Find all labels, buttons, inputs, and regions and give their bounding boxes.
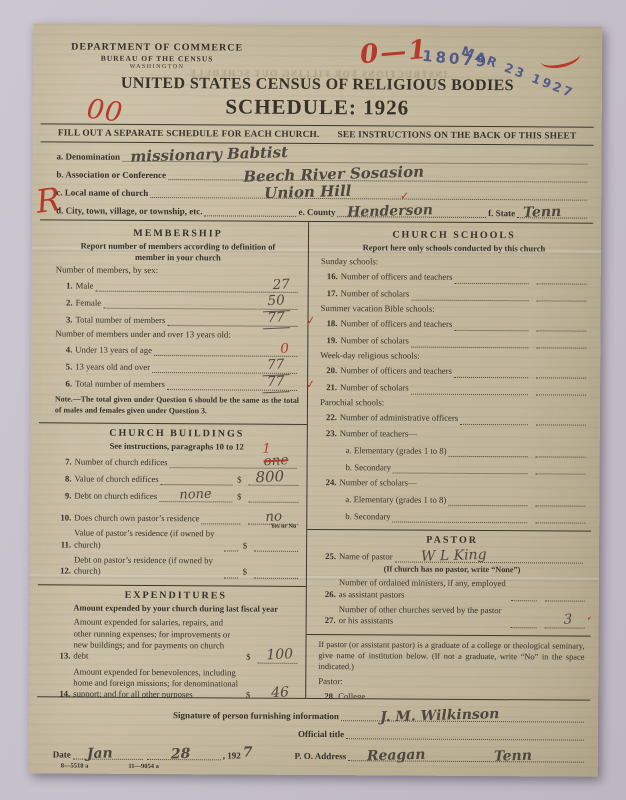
q23a-dotted-line xyxy=(448,444,527,457)
date-day-handwritten: 28 xyxy=(171,746,191,763)
church-name-value-handwritten: Union Hill xyxy=(264,182,352,203)
photo-background: INSTRUCTIONS FOR FILLING OUT SCHEDULE DE… xyxy=(0,0,626,800)
q22-number: 22. xyxy=(320,412,337,423)
field-church-name: c. Local name of church Union Hill xyxy=(56,179,589,200)
red-check-icon: ✓ xyxy=(305,378,316,393)
q26-label: Number of ordained ministers, if any, em… xyxy=(339,577,509,601)
summer-bible-schools-group: Summer vacation Bible schools: xyxy=(321,303,587,315)
q16-dotted-line xyxy=(454,270,528,283)
q23a-label: a. Elementary (grades 1 to 8) xyxy=(346,445,447,457)
q10-answer-box: no Yes or No xyxy=(248,512,298,525)
form-code-1: 8—5518 a xyxy=(61,762,89,769)
q1-number: 1. xyxy=(56,280,73,291)
q6-answer-handwritten: 77 xyxy=(262,373,290,393)
q2-row: 2. Female 50 xyxy=(56,296,300,310)
left-column: MEMBERSHIP Report number of members acco… xyxy=(37,220,308,698)
q21-row: ✓ 21. Number of scholars xyxy=(320,381,586,396)
q24-row: 24. Number of scholars— xyxy=(319,477,585,490)
q16-label: Number of officers and teachers xyxy=(341,271,453,283)
sunday-schools-group: Sunday schools: xyxy=(321,256,587,268)
q13-row: 13. Amount expended for salaries, repair… xyxy=(53,617,297,664)
q27-label: Number of other churches served by the p… xyxy=(339,604,509,628)
q28-dotted-line xyxy=(367,690,582,701)
section-divider xyxy=(38,584,306,587)
q27-number: 27. xyxy=(319,615,336,626)
q20-row: 20. Number of officers and teachers xyxy=(320,364,586,379)
q23a-answer-box xyxy=(536,444,586,457)
q3-answer-handwritten: 77 xyxy=(262,309,290,329)
q21-dotted-line xyxy=(411,381,529,395)
official-title-label: Official title xyxy=(298,729,344,739)
q19-number: 19. xyxy=(320,335,337,346)
q25-row: 25. Name of pastor W L King xyxy=(319,549,585,564)
q9-label: Debt on church edifices xyxy=(74,491,157,503)
q26-number: 26. xyxy=(319,589,336,600)
signature-line: J. M. Wilkinson xyxy=(341,708,584,722)
q11-number: 11. xyxy=(54,539,71,550)
q21-answer-box xyxy=(536,382,586,395)
graduate-pastor-group: Pastor: xyxy=(318,676,584,688)
q25-dotted-line: W L King xyxy=(395,550,584,564)
q4-label: Under 13 years of age xyxy=(75,344,152,356)
q6-row: 6. Total number of members 77 xyxy=(55,377,299,391)
q26-answer-box xyxy=(545,588,585,601)
form-code-2: 11—9054 a xyxy=(128,763,159,770)
q27-dotted-line xyxy=(511,615,537,628)
q8-answer-handwritten: 800 xyxy=(255,467,285,488)
identification-section: a. Denomination missionary Babtist b. As… xyxy=(56,143,589,218)
q14-answer-box: 46 xyxy=(257,688,297,701)
q17-dotted-line xyxy=(411,287,529,301)
q9-row: 9. Debt on church edifices none $ xyxy=(54,489,298,503)
agency-block: DEPARTMENT OF COMMERCE BUREAU OF THE CEN… xyxy=(71,41,243,73)
q28-row: 28. College xyxy=(318,690,584,701)
q2-number: 2. xyxy=(56,297,73,308)
census-form-paper: INSTRUCTIONS FOR FILLING OUT SCHEDULE DE… xyxy=(29,23,603,776)
q27-answer-handwritten: 3 xyxy=(564,611,573,629)
q26-row: 26. Number of ordained ministers, if any… xyxy=(319,577,585,601)
q23b-answer-box xyxy=(536,461,586,474)
q10-dotted-line xyxy=(202,512,241,525)
membership-group-sex: Number of members, by sex: xyxy=(56,265,300,276)
church-schools-heading: CHURCH SCHOOLS xyxy=(321,229,587,242)
q17-label: Number of scholars xyxy=(341,288,410,300)
signature-handwritten: J. M. Wilkinson xyxy=(380,706,500,725)
place-line: WASHINGTON xyxy=(71,63,243,72)
q12-number: 12. xyxy=(54,566,71,577)
q13-answer-handwritten: 100 xyxy=(266,646,294,665)
q24a-answer-box xyxy=(535,494,585,507)
q26-dotted-line xyxy=(511,588,537,601)
q6-number: 6. xyxy=(55,378,72,389)
q22-label: Number of administrative officers xyxy=(340,412,458,424)
q4-row: 4. Under 13 years of age 0 xyxy=(55,343,299,357)
q8-answer-box: 800 xyxy=(248,473,298,486)
q23a-row: a. Elementary (grades 1 to 8) xyxy=(346,443,586,457)
membership-sub-line2: member in your church xyxy=(135,252,221,263)
q25-label: Name of pastor xyxy=(339,551,393,563)
q18-number: 18. xyxy=(320,318,337,329)
q9-dotted-line: none xyxy=(159,489,232,502)
q23-label: Number of teachers— xyxy=(340,428,417,440)
red-handwritten-code: 0—1 xyxy=(359,35,429,70)
form-title: UNITED STATES CENSUS OF RELIGIOUS BODIES xyxy=(33,74,602,95)
q6-label: Total number of members xyxy=(75,378,165,390)
q5-label: 13 years old and over xyxy=(75,361,150,373)
po-address-line: Reagan Tenn xyxy=(348,748,584,762)
city-line xyxy=(204,203,296,217)
q12-dollar-sign: $ xyxy=(243,567,247,578)
footer-section: Signature of person furnishing informati… xyxy=(53,701,586,772)
state-line: Tenn xyxy=(517,205,587,218)
q21-label: Number of scholars xyxy=(340,382,409,394)
q8-number: 8. xyxy=(54,474,71,485)
denomination-value-handwritten: missionary Babtist xyxy=(130,143,288,166)
field-denomination: a. Denomination missionary Babtist xyxy=(56,143,589,164)
q1-dotted-line: 27 xyxy=(96,279,298,293)
church-buildings-heading: CHURCH BUILDINGS xyxy=(55,427,299,439)
q3-label: Total number of members xyxy=(75,314,165,326)
church-name-line: Union Hill xyxy=(150,185,587,201)
red-check-icon: ✓ xyxy=(306,314,317,329)
q6-dotted-line: 77 xyxy=(167,377,297,391)
q10-row: 10. Does church own pastor’s residence n… xyxy=(54,511,298,525)
q24-number: 24. xyxy=(319,477,336,488)
q8-dollar-sign: $ xyxy=(237,475,241,486)
q14-dollar-sign: $ xyxy=(246,690,250,701)
church-name-label: c. Local name of church xyxy=(56,187,148,198)
po-address-town-handwritten: Reagan xyxy=(367,747,426,765)
q16-number: 16. xyxy=(321,271,338,282)
q19-dotted-line xyxy=(411,334,529,348)
q8-row: 8. Value of church edifices $ 800 xyxy=(54,472,298,486)
q14-number: 14. xyxy=(53,689,70,700)
q9-dollar-sign: $ xyxy=(237,492,241,503)
form-body-columns: MEMBERSHIP Report number of members acco… xyxy=(37,219,593,700)
q23b-dotted-line xyxy=(393,460,528,474)
q11-row: 11. Value of pastor’s residence (if owne… xyxy=(54,528,298,552)
q10-label: Does church own pastor’s residence xyxy=(74,513,199,525)
q7-label: Number of church edifices xyxy=(75,457,168,469)
q17-answer-box xyxy=(537,288,587,301)
po-address-label: P. O. Address xyxy=(295,751,347,761)
q13-label: Amount expended for salaries, repairs, a… xyxy=(73,617,239,663)
q5-number: 5. xyxy=(55,361,72,372)
q23b-row: b. Secondary xyxy=(346,460,586,474)
q11-label: Value of pastor’s residence (if owned by… xyxy=(74,528,222,552)
date-year-printed: , 192 xyxy=(223,750,241,760)
q14-row: 14. Amount expended for benevolences, in… xyxy=(53,666,297,701)
q27-row: 27. Number of other churches served by t… xyxy=(319,604,585,628)
pastor-name-handwritten: W L King xyxy=(421,546,487,566)
q10-number: 10. xyxy=(54,513,71,524)
q5-row: 5. 13 years old and over 77 xyxy=(55,360,299,374)
q19-row: 19. Number of scholars xyxy=(320,334,586,349)
section-divider xyxy=(307,633,591,636)
denomination-line: missionary Babtist xyxy=(122,149,588,165)
date-month-handwritten: Jan xyxy=(87,745,113,762)
q22-dotted-line xyxy=(460,412,528,425)
section-divider xyxy=(307,529,591,532)
q11-dotted-line xyxy=(224,538,238,551)
q19-label: Number of scholars xyxy=(340,335,409,347)
q20-number: 20. xyxy=(320,365,337,376)
q20-answer-box xyxy=(536,365,586,378)
parochial-schools-group: Parochial schools: xyxy=(320,397,586,409)
q13-dollar-sign: $ xyxy=(246,652,250,663)
banner-left-text: FILL OUT A SEPARATE SCHEDULE FOR EACH CH… xyxy=(58,128,320,140)
q14-answer-handwritten: 46 xyxy=(271,684,290,701)
pastor-heading: PASTOR xyxy=(319,534,585,547)
q23-row: 23. Number of teachers— xyxy=(320,428,586,441)
q21-number: 21. xyxy=(320,382,337,393)
date-month-line: Jan xyxy=(73,747,143,760)
q19-answer-box xyxy=(536,335,586,348)
date-label: Date xyxy=(53,749,71,759)
q24b-row: b. Secondary xyxy=(345,509,585,523)
expenditures-subheading: Amount expended by your church during la… xyxy=(54,602,298,614)
association-label: b. Association or Conference xyxy=(56,169,166,180)
signature-label: Signature of person furnishing informati… xyxy=(173,710,339,721)
church-schools-subheading: Report here only schools conducted by th… xyxy=(321,242,587,254)
q18-dotted-line xyxy=(454,317,528,330)
q2-dotted-line: 50 xyxy=(103,296,297,310)
instruction-banner: FILL OUT A SEPARATE SCHEDULE FOR EACH CH… xyxy=(41,123,594,145)
membership-sub-line1: Report number of members according to de… xyxy=(81,241,276,252)
q27-answer-box: 3 ✓ xyxy=(545,615,585,628)
membership-subheading: Report number of members according to de… xyxy=(56,240,300,263)
q12-label: Debt on pastor’s residence (if owned by … xyxy=(74,555,222,579)
county-line: ✓ Henderson xyxy=(337,204,486,218)
expenditures-heading: EXPENDITURES xyxy=(54,589,298,601)
q3-dotted-line: 77 xyxy=(167,313,297,327)
city-label: d. City, town, village, or township, etc… xyxy=(56,205,202,216)
membership-heading: MEMBERSHIP xyxy=(56,227,300,239)
q14-label: Amount expended for benevolences, includ… xyxy=(73,666,239,701)
county-value-handwritten: Henderson xyxy=(347,202,433,220)
q12-answer-box xyxy=(254,565,298,578)
q4-dotted-line: 0 xyxy=(154,343,297,357)
q13-number: 13. xyxy=(53,651,70,662)
q12-row: 12. Debt on pastor’s residence (if owned… xyxy=(54,554,298,578)
date-year-handwritten: 7 xyxy=(243,744,253,760)
membership-group-age: Number of members under and over 13 year… xyxy=(55,329,299,340)
official-title-line xyxy=(346,726,584,740)
q8-label: Value of church edifices xyxy=(74,474,158,486)
q1-label: Male xyxy=(76,280,94,291)
q11-dollar-sign: $ xyxy=(243,540,247,551)
q1-row: 1. Male 27 xyxy=(56,279,300,293)
red-check-icon: ✓ xyxy=(400,190,409,203)
q8-dotted-line xyxy=(161,472,233,485)
banner-right-text: SEE INSTRUCTIONS ON THE BACK OF THIS SHE… xyxy=(337,130,576,141)
q9-number: 9. xyxy=(54,491,71,502)
q17-number: 17. xyxy=(321,288,338,299)
q3-number: 3. xyxy=(55,314,72,325)
q23-number: 23. xyxy=(320,428,337,439)
denomination-label: a. Denomination xyxy=(56,151,120,161)
state-value-handwritten: Tenn xyxy=(523,204,562,221)
q20-dotted-line xyxy=(454,364,528,377)
section-divider xyxy=(39,422,307,425)
q4-number: 4. xyxy=(55,344,72,355)
q2-label: Female xyxy=(76,297,102,308)
q24a-row: a. Elementary (grades 1 to 8) xyxy=(345,492,585,506)
q9-answer-handwritten: none xyxy=(179,486,212,504)
q24a-label: a. Elementary (grades 1 to 8) xyxy=(345,494,446,506)
q24b-dotted-line xyxy=(393,510,528,524)
right-column: CHURCH SCHOOLS Report here only schools … xyxy=(305,222,593,700)
q25-hint: (If church has no pastor, write “None”) xyxy=(319,564,585,575)
q18-answer-box xyxy=(536,318,586,331)
weekday-schools-group: Week-day religious schools: xyxy=(320,350,586,362)
state-label: f. State xyxy=(488,208,515,218)
q16-answer-box xyxy=(537,271,587,284)
q28-number: 28. xyxy=(318,691,335,700)
q5-dotted-line: 77 xyxy=(152,360,297,374)
q24a-dotted-line xyxy=(448,493,527,506)
q12-dotted-line xyxy=(224,565,238,578)
date-day-line: 28 xyxy=(147,747,221,760)
field-city-county-state: d. City, town, village, or township, etc… xyxy=(56,197,589,218)
po-address-state-handwritten: Tenn xyxy=(494,748,533,765)
q28-label: College xyxy=(338,691,365,700)
q22-answer-box xyxy=(536,412,586,425)
q16-row: 16. Number of officers and teachers xyxy=(321,270,587,285)
q22-row: 22. Number of administrative officers xyxy=(320,411,586,426)
q18-row: ✓ 18. Number of officers and teachers xyxy=(320,317,586,332)
membership-note: Note.—The total given under Question 6 s… xyxy=(55,395,299,417)
q23b-label: b. Secondary xyxy=(346,462,391,474)
q3-row: 3. Total number of members 77 xyxy=(55,313,299,327)
date-address-row: Date Jan 28 , 192 7 P. O. Address Reagan… xyxy=(53,737,586,762)
q24-label: Number of scholars— xyxy=(339,477,416,489)
q9-answer-box xyxy=(248,490,298,503)
q13-answer-box: 100 xyxy=(257,650,297,663)
department-line: DEPARTMENT OF COMMERCE xyxy=(71,41,243,55)
q25-number: 25. xyxy=(319,551,336,562)
q24b-label: b. Secondary xyxy=(345,511,390,523)
graduate-instructions: If pastor (or assistant pastor) is a gra… xyxy=(318,639,584,675)
red-check-icon: ✓ xyxy=(586,611,593,624)
q20-label: Number of officers and teachers xyxy=(340,365,452,377)
q11-answer-box xyxy=(254,539,298,552)
red-curve-mark-icon xyxy=(539,45,582,72)
q7-number: 7. xyxy=(55,457,72,468)
association-line: Beech River Sosasion xyxy=(168,167,587,183)
q17-row: 17. Number of scholars xyxy=(321,287,587,302)
q24b-answer-box xyxy=(535,511,585,524)
q18-label: Number of officers and teachers xyxy=(340,318,452,330)
county-label: e. County xyxy=(298,207,335,217)
